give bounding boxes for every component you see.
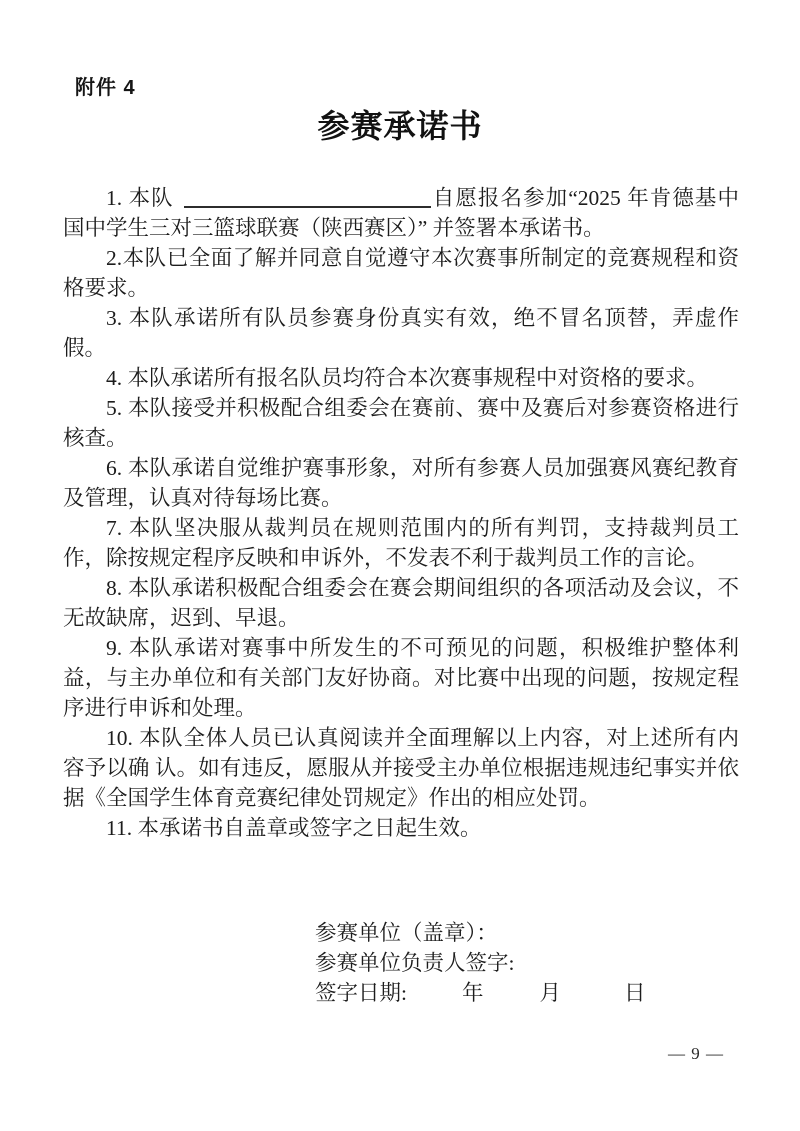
clause-10: 10. 本队全体人员已认真阅读并全面理解以上内容，对上述所有内容予以确 认。如有… (63, 723, 739, 813)
signature-unit-seal-line: 参赛单位（盖章）： (315, 918, 646, 948)
date-label: 签字日期: (315, 981, 407, 1005)
clause-11: 11. 本承诺书自盖章或签字之日起生效。 (63, 813, 739, 843)
month-label: 月 (540, 978, 562, 1008)
document-page: 附件 4 参赛承诺书 1. 本队自愿报名参加“2025 年肯德基中国中学生三对三… (0, 0, 800, 1131)
day-label: 日 (624, 978, 646, 1008)
attachment-label: 附件 4 (75, 71, 136, 100)
clause-6: 6. 本队承诺自觉维护赛事形象，对所有参赛人员加强赛风赛纪教育及管理，认真对待每… (63, 453, 739, 513)
clause-3: 3. 本队承诺所有队员参赛身份真实有效，绝不冒名顶替，弄虚作假。 (63, 303, 739, 363)
team-name-blank (184, 187, 431, 208)
clause-9: 9. 本队承诺对赛事中所发生的不可预见的问题，积极维护整体利益，与主办单位和有关… (63, 633, 739, 723)
page-title: 参赛承诺书 (0, 101, 800, 147)
clause-5: 5. 本队接受并积极配合组委会在赛前、赛中及赛后对参赛资格进行核查。 (63, 393, 739, 453)
clause-2: 2.本队已全面了解并同意自觉遵守本次赛事所制定的竞赛规程和资格要求。 (63, 243, 739, 303)
signature-date-line: 签字日期:年月日 (315, 978, 646, 1008)
commitment-body: 1. 本队自愿报名参加“2025 年肯德基中国中学生三对三篮球联赛（陕西赛区）”… (63, 183, 739, 843)
clause-8: 8. 本队承诺积极配合组委会在赛会期间组织的各项活动及会议，不无故缺席，迟到、早… (63, 573, 739, 633)
clause-7: 7. 本队坚决服从裁判员在规则范围内的所有判罚，支持裁判员工作，除按规定程序反映… (63, 513, 739, 573)
signature-leader-line: 参赛单位负责人签字: (315, 948, 646, 978)
page-number: — 9 — (668, 1044, 724, 1064)
signature-block: 参赛单位（盖章）： 参赛单位负责人签字: 签字日期:年月日 (315, 918, 646, 1008)
clause-1-prefix: 1. 本队 (106, 186, 174, 210)
clause-4: 4. 本队承诺所有报名队员均符合本次赛事规程中对资格的要求。 (63, 363, 739, 393)
clause-1: 1. 本队自愿报名参加“2025 年肯德基中国中学生三对三篮球联赛（陕西赛区）”… (63, 183, 739, 243)
year-label: 年 (462, 978, 484, 1008)
